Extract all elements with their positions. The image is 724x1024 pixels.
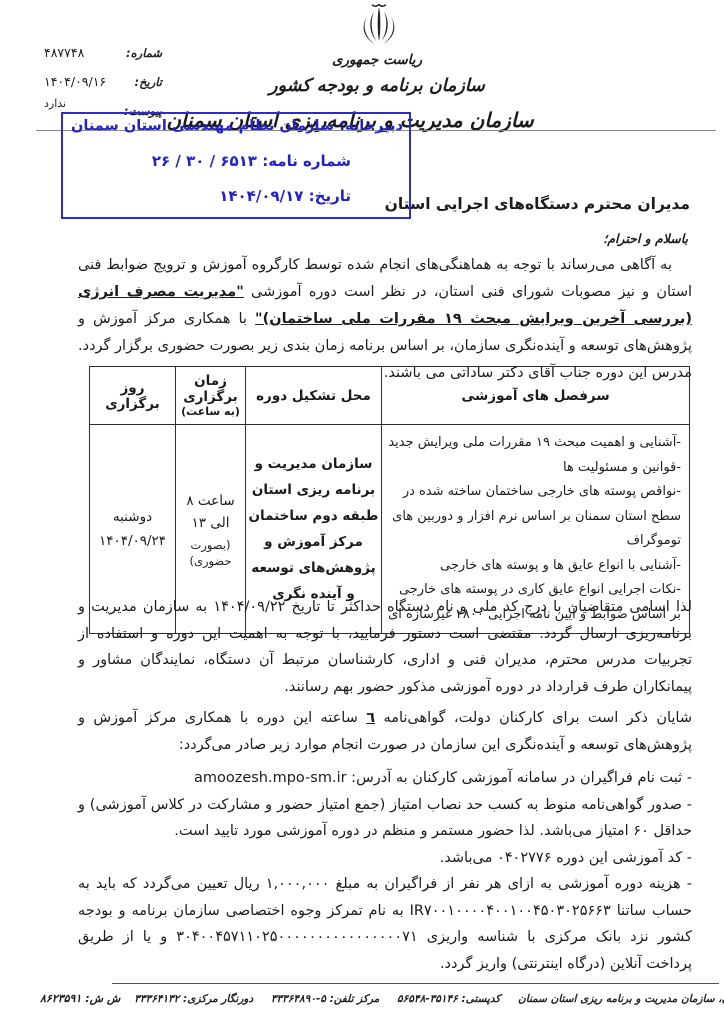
day-name: دوشنبه — [113, 509, 152, 525]
topic-item: -آشنایی و اهمیت مبحث ۱۹ مقررات ملی ویرای… — [386, 431, 681, 456]
letter-attachment-value: ندارد — [44, 97, 66, 110]
bullet-course-code: - کد آموزشی این دوره ۰۴۰۲۷۷۶ می‌باشد. — [78, 845, 692, 872]
note-hours: ٦ — [366, 710, 375, 726]
deadline-paragraph: لذا اسامی متقاضیان با درج کد ملی و نام د… — [78, 594, 692, 700]
stamp-secretariat-line: دبیرخانه: سازمان نظام مهندسی استان سمنان — [71, 118, 403, 134]
header-topics: سرفصل های آموزشی — [382, 367, 690, 425]
bullet-fee: - هزینه دوره آموزشی به ازای هر نفر از فر… — [78, 871, 692, 977]
table-header-row: سرفصل های آموزشی محل تشکیل دوره زمان برگ… — [90, 367, 690, 425]
footer-address: سمنان، میدان معلم، بلوار معلم شرقی، سازم… — [518, 993, 724, 1005]
letterhead-presidency: ریاست جمهوری — [277, 52, 477, 68]
letter-date-row: تاریخ: ۱۴۰۴/۰۹/۱۶ — [44, 67, 162, 96]
secretariat-stamp: دبیرخانه: سازمان نظام مهندسی استان سمنان… — [61, 112, 411, 219]
header-day: روز برگزاری — [90, 367, 176, 425]
certificate-note-paragraph: شایان ذکر است برای کارکنان دولت، گواهی‌ن… — [78, 705, 692, 758]
letter-number-value: ۴۸۷۷۴۸ — [44, 45, 84, 60]
bullet-registration: - ثبت نام فراگیران در سامانه آموزشی کارک… — [78, 765, 692, 792]
topic-item: -نواقص پوسته های خارجی ساختمان ساخته شده… — [386, 480, 681, 554]
header-time-title: زمان برگزاری — [183, 373, 238, 405]
footer-divider — [112, 983, 719, 984]
footer-fax: دورنگار مرکزی: ۳۳۳۶۴۱۳۲ — [134, 993, 253, 1005]
letter-body: لذا اسامی متقاضیان با درج کد ملی و نام د… — [78, 594, 692, 977]
scanned-letter-page: ریاست جمهوری سازمان برنامه و بودجه کشور … — [0, 0, 724, 1024]
footer-phone: مرکز تلفن: ۵-۳۳۳۶۴۸۹۰ — [271, 993, 380, 1005]
letter-number-label: شماره: — [126, 46, 162, 60]
day-date: ۱۴۰۴/۰۹/۲۴ — [90, 529, 175, 553]
letter-number-row: شماره: ۴۸۷۷۴۸ — [44, 38, 162, 67]
salutation-line: باسلام و احترام؛ — [603, 231, 688, 246]
stamp-letter-date: تاریخ: ۱۴۰۴/۰۹/۱۷ — [219, 187, 351, 205]
footer-postal-code: کدپستی: ۳۵۱۴۶-۵۶۵۴۸ — [397, 993, 500, 1005]
recipient-line: مدیران محترم دستگاه‌های اجرایی استان — [385, 195, 690, 213]
letterhead-pbo: سازمان برنامه و بودجه کشور — [227, 76, 527, 96]
iran-emblem-icon — [337, 2, 421, 56]
footer-ref-number: ش ش: ۸۶۲۳۵۹۱ — [40, 992, 120, 1005]
letter-date-label: تاریخ: — [135, 75, 162, 89]
topic-item: -قوانین و مسئولیت ها — [386, 456, 681, 481]
header-time-unit: (به ساعت) — [178, 405, 243, 418]
note-before: شایان ذکر است برای کارکنان دولت، گواهی‌ن… — [375, 710, 692, 726]
stamp-letter-number: شماره نامه: ۶۵۱۳ / ۳۰ / ۲۶ — [152, 152, 351, 170]
header-location: محل تشکیل دوره — [246, 367, 382, 425]
header-time: زمان برگزاری (به ساعت) — [176, 367, 246, 425]
topic-item: -آشنایی با انواع عایق ها و پوسته های خار… — [386, 554, 681, 579]
conditions-list: - ثبت نام فراگیران در سامانه آموزشی کارک… — [78, 765, 692, 977]
letter-date-value: ۱۴۰۴/۰۹/۱۶ — [44, 74, 106, 89]
bullet-certificate: - صدور گواهی‌نامه منوط به کسب حد نصاب ام… — [78, 792, 692, 845]
footer: ش ش: ۸۶۲۳۵۹۱ سمنان، میدان معلم، بلوار مع… — [40, 992, 716, 1005]
footer-contact-line: سمنان، میدان معلم، بلوار معلم شرقی، سازم… — [120, 993, 724, 1005]
time-sub: (بصورت حضوری) — [178, 537, 243, 569]
time-main: ساعت ۸ الی ۱۳ — [186, 493, 234, 531]
